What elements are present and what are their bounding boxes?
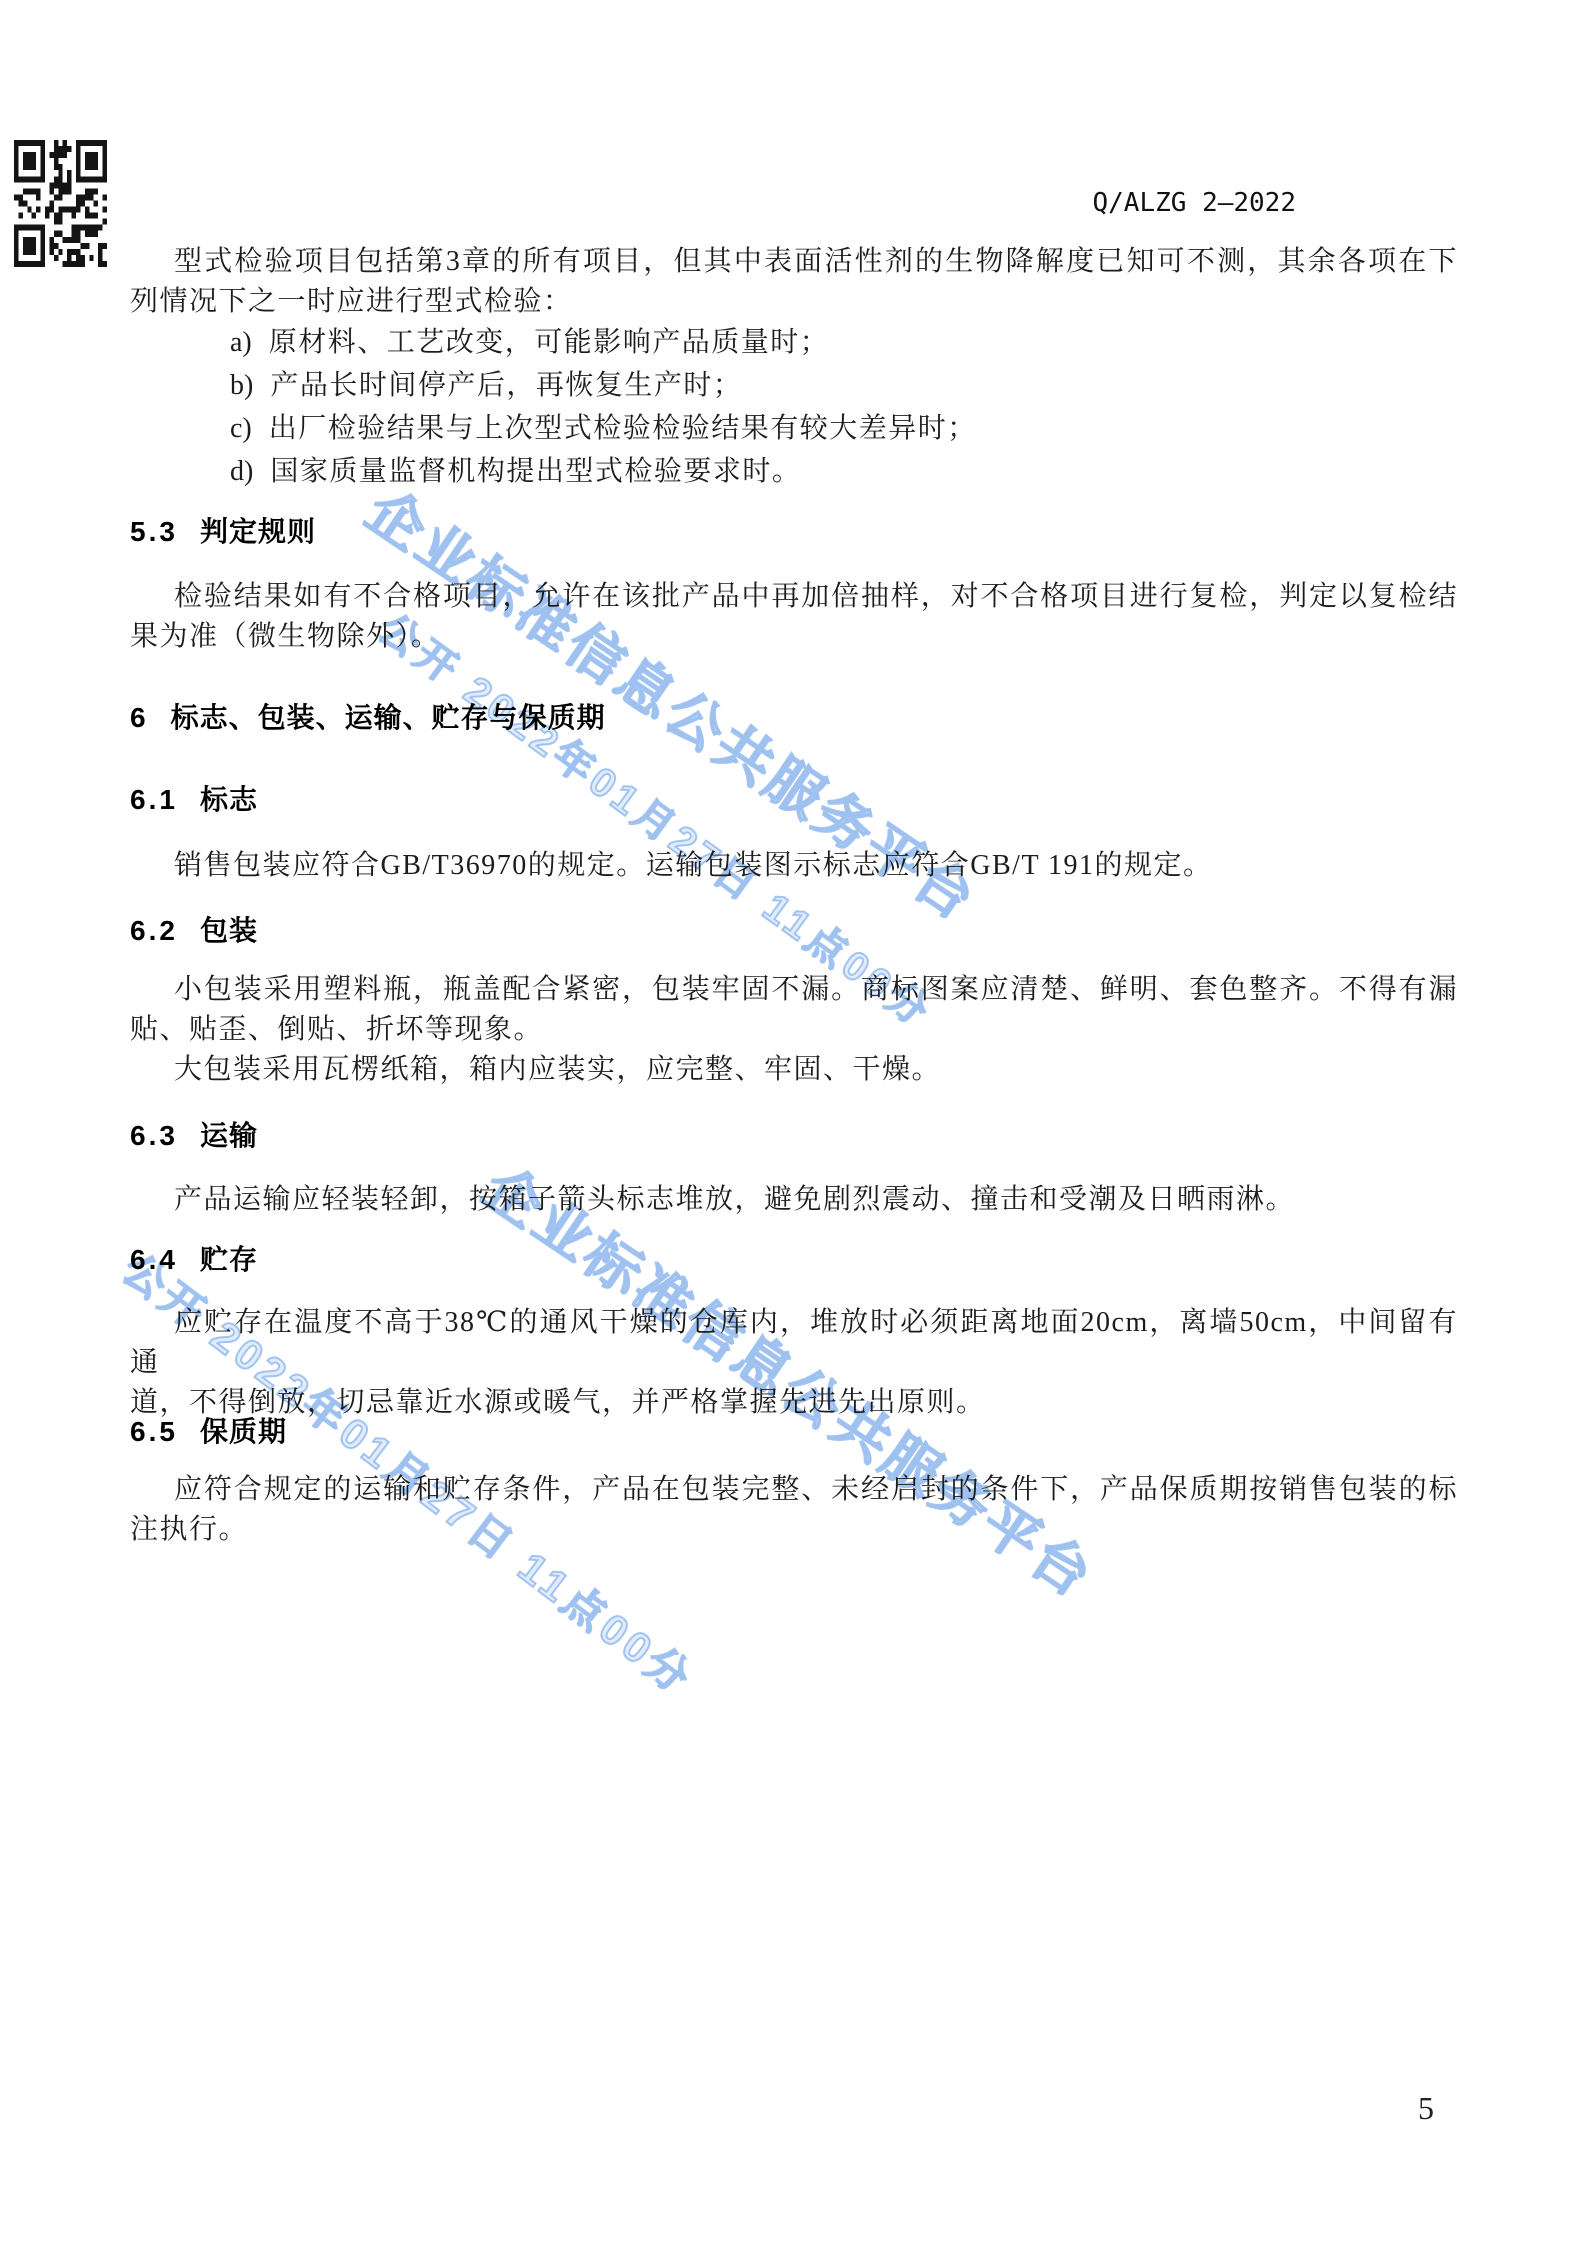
paragraph-judgement-rule: 检验结果如有不合格项目，允许在该批产品中再加倍抽样，对不合格项目进行复检，判定以… (130, 577, 1458, 657)
paragraph-marking: 销售包装应符合GB/T36970的规定。运输包装图示标志应符合GB/T 191的… (130, 846, 1458, 886)
list-item-label: c) (230, 407, 252, 450)
heading-6-2: 6.2包装 (130, 911, 1458, 951)
heading-title: 保质期 (200, 1416, 287, 1447)
list-item-label: a) (230, 321, 252, 364)
heading-title: 包装 (200, 915, 258, 946)
list-item-label: d) (230, 450, 253, 493)
list-item-label: b) (230, 364, 253, 407)
list-item: b)产品长时间停产后，再恢复生产时； (130, 364, 1458, 407)
heading-title: 标志 (200, 784, 258, 815)
text-line: 贴、贴歪、倒贴、折坏等现象。 (130, 1010, 1458, 1050)
page-number: 5 (1418, 2090, 1434, 2127)
heading-title: 贮存 (200, 1244, 258, 1275)
heading-title: 判定规则 (200, 516, 316, 547)
text-line: 检验结果如有不合格项目，允许在该批产品中再加倍抽样，对不合格项目进行复检，判定以… (130, 577, 1458, 617)
paragraph-shelf-life: 应符合规定的运输和贮存条件，产品在包装完整、未经启封的条件下，产品保质期按销售包… (130, 1470, 1458, 1550)
text-line: 注执行。 (130, 1510, 1458, 1550)
text-line: 大包装采用瓦楞纸箱，箱内应装实，应完整、牢固、干燥。 (130, 1050, 1458, 1090)
text-line: 果为准（微生物除外）。 (130, 617, 1458, 657)
list-item: a)原材料、工艺改变，可能影响产品质量时； (130, 321, 1458, 364)
paragraph-transport: 产品运输应轻装轻卸，按箱子箭头标志堆放，避免剧烈震动、撞击和受潮及日晒雨淋。 (130, 1180, 1458, 1220)
qr-code (14, 140, 107, 267)
text-line: 型式检验项目包括第3章的所有项目，但其中表面活性剂的生物降解度已知可不测，其余各… (130, 242, 1458, 282)
heading-number: 6 (130, 702, 149, 733)
list-item-text: 产品长时间停产后，再恢复生产时； (270, 370, 742, 401)
list-item: d)国家质量监督机构提出型式检验要求时。 (130, 450, 1458, 493)
paragraph-packaging: 小包装采用塑料瓶，瓶盖配合紧密，包装牢固不漏。商标图案应清楚、鲜明、套色整齐。不… (130, 970, 1458, 1090)
standard-code-header: Q/ALZG 2—2022 (1093, 188, 1297, 218)
list-item-text: 国家质量监督机构提出型式检验要求时。 (270, 456, 801, 487)
heading-title: 标志、包装、运输、贮存与保质期 (171, 702, 606, 733)
heading-number: 6.3 (130, 1120, 178, 1151)
heading-5-3: 5.3判定规则 (130, 512, 1458, 552)
paragraph-type-test-intro: 型式检验项目包括第3章的所有项目，但其中表面活性剂的生物降解度已知可不测，其余各… (130, 242, 1458, 322)
heading-6-1: 6.1标志 (130, 780, 1458, 820)
text-line: 产品运输应轻装轻卸，按箱子箭头标志堆放，避免剧烈震动、撞击和受潮及日晒雨淋。 (130, 1180, 1458, 1220)
heading-number: 6.5 (130, 1416, 178, 1447)
heading-number: 6.2 (130, 915, 178, 946)
text-line: 销售包装应符合GB/T36970的规定。运输包装图示标志应符合GB/T 191的… (130, 846, 1458, 886)
document-page: 企业标准信息公共服务平台 公开 2022年01月27日 11点00分 企业标准信… (0, 0, 1588, 2245)
heading-6-5: 6.5保质期 (130, 1412, 1458, 1452)
text-line: 应贮存在温度不高于38℃的通风干燥的仓库内，堆放时必须距离地面20cm，离墙50… (130, 1303, 1458, 1383)
list-item: c)出厂检验结果与上次型式检验检验结果有较大差异时； (130, 407, 1458, 450)
text-line: 列情况下之一时应进行型式检验： (130, 282, 1458, 322)
heading-number: 6.4 (130, 1244, 178, 1275)
type-test-condition-list: a)原材料、工艺改变，可能影响产品质量时； b)产品长时间停产后，再恢复生产时；… (130, 321, 1458, 493)
text-line: 应符合规定的运输和贮存条件，产品在包装完整、未经启封的条件下，产品保质期按销售包… (130, 1470, 1458, 1510)
heading-number: 6.1 (130, 784, 178, 815)
heading-6: 6标志、包装、运输、贮存与保质期 (130, 698, 1458, 738)
heading-6-3: 6.3运输 (130, 1116, 1458, 1156)
heading-number: 5.3 (130, 516, 178, 547)
heading-title: 运输 (200, 1120, 258, 1151)
paragraph-storage: 应贮存在温度不高于38℃的通风干燥的仓库内，堆放时必须距离地面20cm，离墙50… (130, 1303, 1458, 1423)
text-line: 小包装采用塑料瓶，瓶盖配合紧密，包装牢固不漏。商标图案应清楚、鲜明、套色整齐。不… (130, 970, 1458, 1010)
list-item-text: 原材料、工艺改变，可能影响产品质量时； (269, 327, 830, 358)
list-item-text: 出厂检验结果与上次型式检验检验结果有较大差异时； (269, 413, 977, 444)
heading-6-4: 6.4贮存 (130, 1240, 1458, 1280)
